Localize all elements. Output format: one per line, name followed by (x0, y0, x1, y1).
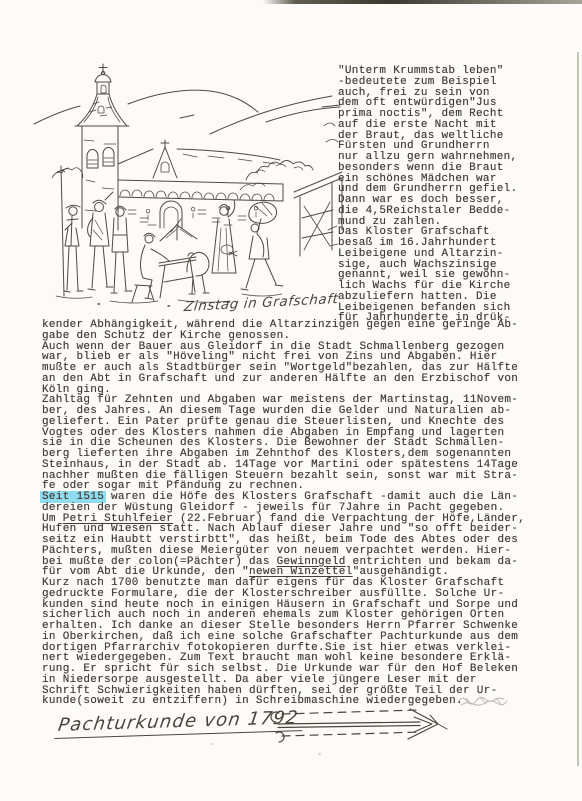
typed-body: kender Abhängigkeit, während die Altarzi… (42, 320, 547, 707)
typed-line: an den Abt in Grafschaft und zur anderen… (42, 374, 547, 385)
scan-speck (211, 743, 214, 745)
text-segment: an den Abt in Grafschaft und zur anderen… (42, 373, 518, 385)
hand-drawn-arrow (258, 704, 453, 746)
scan-edge-shadow (263, 0, 582, 4)
scanned-document-page: Zinstag in Grafschaft "Unterm Krummstab … (0, 0, 582, 801)
typed-column: "Unterm Krummstab leben"-bedeutete zum B… (338, 66, 550, 324)
pencil-smudge (456, 692, 512, 710)
church-market-illustration (28, 60, 346, 310)
paper-fold-line (577, 52, 579, 766)
scan-speck (318, 753, 321, 755)
